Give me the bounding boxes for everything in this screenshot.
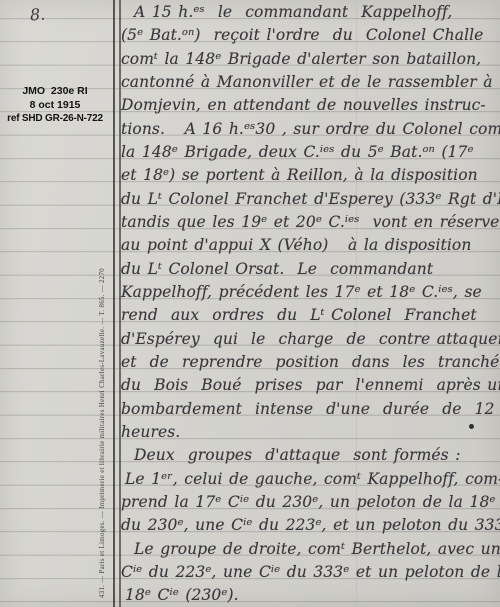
margin-rule [113,0,121,607]
manuscript-line: la 148ᵉ Brigade, deux C.ⁱᵉˢ du 5ᵉ Bat.ᵒⁿ… [121,140,499,163]
manuscript-line: 18ᵉ Cⁱᵉ (230ᵉ). [121,583,499,606]
manuscript-line: du Lᵗ Colonel Franchet d'Esperey (333ᵉ R… [121,187,499,210]
manuscript-line: cantonné à Manonviller et de le rassembl… [121,70,499,93]
archive-stamp: JMO 230e RI 8 oct 1915 ref SHD GR-26-N-7… [0,85,110,126]
manuscript-line: et 18ᵉ) se portent à Reillon, à la dispo… [121,163,499,186]
manuscript-line: tions. A 16 h.ᵉˢ30 , sur ordre du Colone… [121,117,499,140]
manuscript-line: Deux groupes d'attaque sont formés : [121,443,499,466]
manuscript-line: A 15 h.ᵉˢ le commandant Kappelhoff, [121,0,499,23]
stamp-unit: JMO 230e RI [0,85,110,99]
manuscript-line: du Lᵗ Colonel Orsat. Le commandant [121,257,499,280]
manuscript-line: tandis que les 19ᵉ et 20ᵉ C.ⁱᵉˢ vont en … [121,210,499,233]
ink-blot [469,424,474,429]
manuscript-line: heures. [121,420,499,443]
manuscript-line: au point d'appui X (Vého) à la dispositi… [121,233,499,256]
manuscript-line: comᵗ la 148ᵉ Brigade d'alerter son batai… [121,47,499,70]
manuscript-line: Le groupe de droite, comᵗ Berthelot, ave… [121,537,499,560]
manuscript-line: Kappelhoff, précédent les 17ᵉ et 18ᵉ C.ⁱ… [121,280,499,303]
journal-page: 8. JMO 230e RI 8 oct 1915 ref SHD GR-26-… [0,0,500,607]
manuscript-line: du Bois Boué prises par l'ennemi après u… [121,373,499,396]
manuscript-line: et de reprendre position dans les tranch… [121,350,499,373]
manuscript-line: d'Espérey qui le charge de contre attaqu… [121,327,499,350]
stamp-reference: ref SHD GR-26-N-722 [0,112,110,126]
manuscript-line: Le 1ᵉʳ, celui de gauche, comᵗ Kappelhoff… [121,467,499,490]
manuscript-text: A 15 h.ᵉˢ le commandant Kappelhoff, (5ᵉ … [121,0,499,607]
stamp-date: 8 oct 1915 [0,99,110,113]
manuscript-line: (5ᵉ Bat.ᵒⁿ) reçoit l'ordre du Colonel Ch… [121,23,499,46]
manuscript-line: Cⁱᵉ du 223ᵉ, une Cⁱᵉ du 333ᵉ et un pelot… [121,560,499,583]
page-number: 8. [29,4,46,24]
manuscript-line: bombardement intense d'une durée de 12 [121,397,499,420]
printer-imprint: 431. — Paris et Limoges. — Imprimerie et… [99,268,106,598]
manuscript-line: rend aux ordres du Lᵗ Colonel Franchet [121,303,499,326]
manuscript-line: du 230ᵉ, une Cⁱᵉ du 223ᵉ, et un peloton … [121,513,499,536]
manuscript-line: Domjevin, en attendant de nouvelles inst… [121,93,499,116]
manuscript-line: prend la 17ᵉ Cⁱᵉ du 230ᵉ, un peloton de … [121,490,499,513]
